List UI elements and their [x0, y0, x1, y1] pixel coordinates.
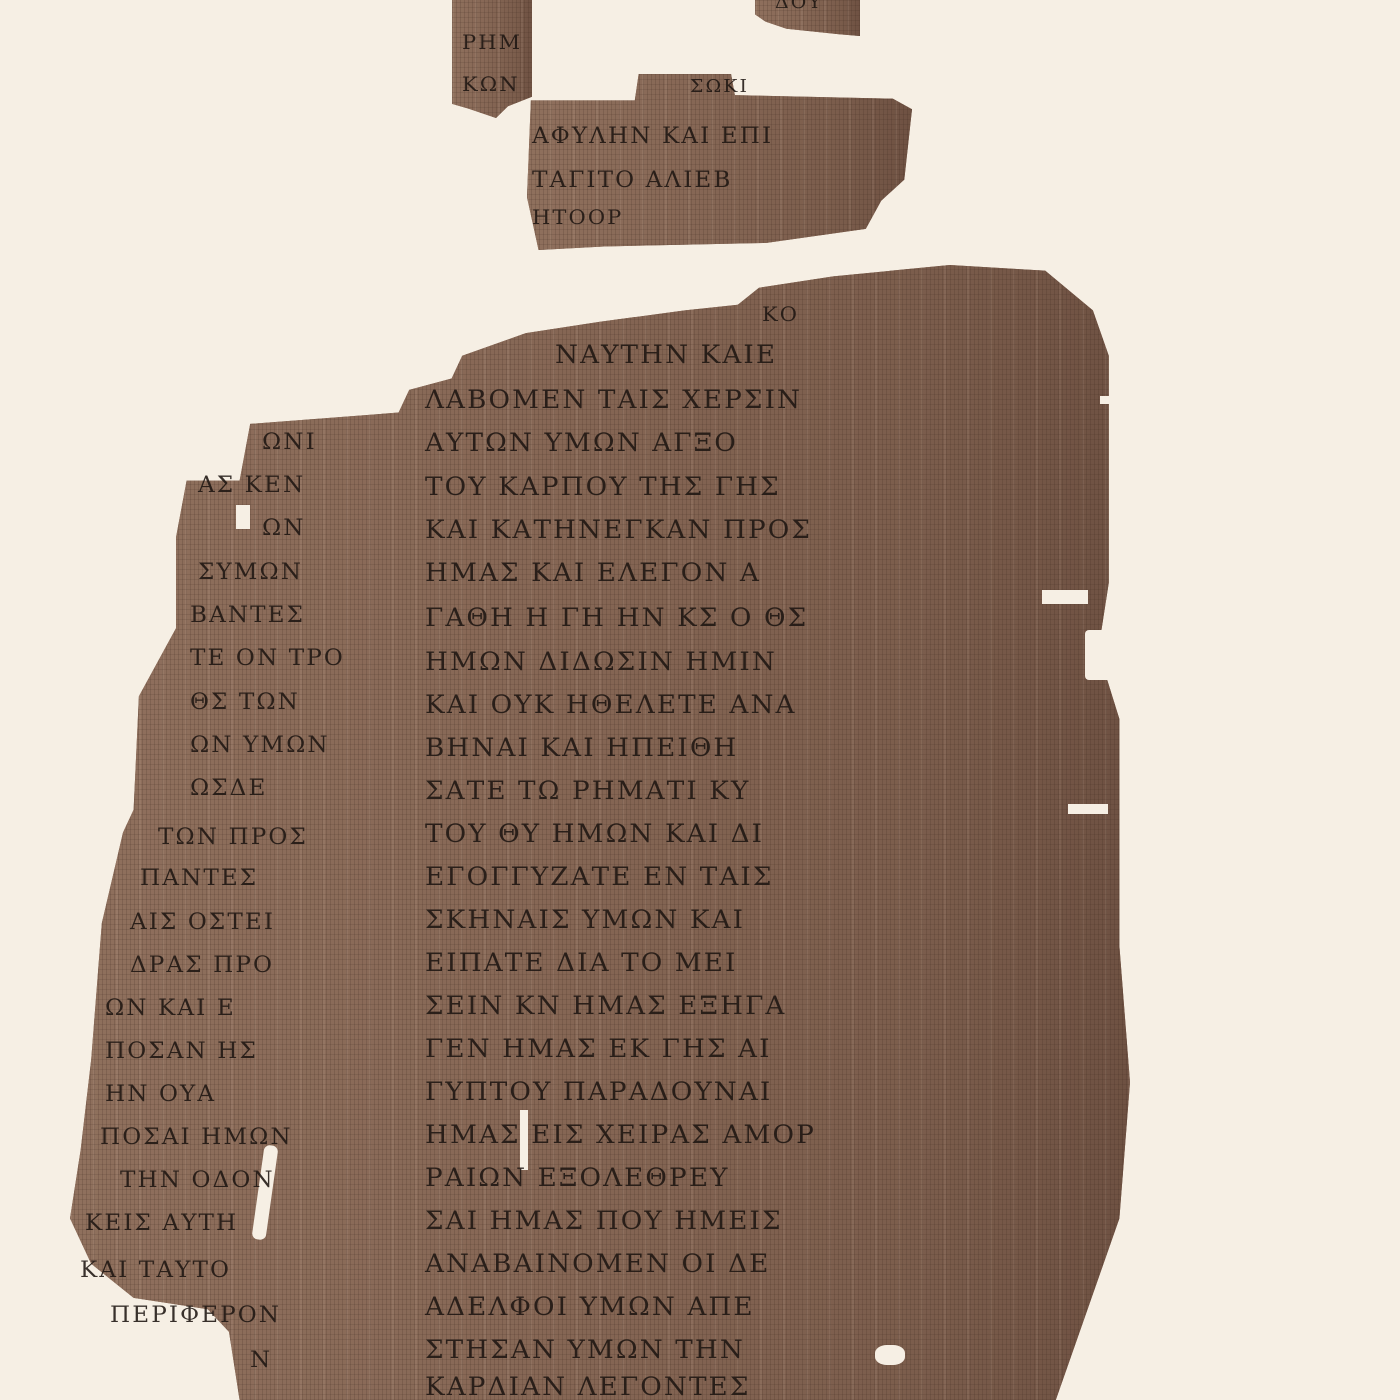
- text-line: ΚΟ: [762, 302, 799, 326]
- text-line: ΤΟΥ ΘΥ ΗΜΩΝ ΚΑΙ ΔΙ: [425, 819, 764, 848]
- text-line: ΚΑΙ ΟΥΚ ΗΘΕΛΕΤΕ ΑΝΑ: [425, 690, 797, 719]
- text-line: ΚΑΡΔΙΑΝ ΛΕΓΟΝΤΕΣ: [425, 1372, 750, 1400]
- text-line: ΒΑΝΤΕΣ: [190, 603, 305, 628]
- text-line: ΡΗΜ: [462, 30, 522, 54]
- text-line: ΣΥΜΩΝ: [198, 560, 303, 585]
- text-line: ΩΝ ΥΜΩΝ: [190, 733, 330, 758]
- text-line: ΛΑΒΟΜΕΝ ΤΑΙΣ ΧΕΡΣΙΝ: [425, 385, 802, 414]
- papyrus-hole: [1085, 630, 1115, 680]
- papyrus-fragment-top-left: [452, 0, 532, 118]
- text-line: ΗΤΟΟΡ: [532, 205, 623, 229]
- text-line: ΠΕΡΙΦΕΡΟΝ: [110, 1303, 281, 1328]
- text-line: ΗΜΑΣ ΕΙΣ ΧΕΙΡΑΣ ΑΜΟΡ: [425, 1120, 816, 1149]
- text-line: ΚΕΙΣ ΑΥΤΗ: [85, 1211, 238, 1236]
- text-line: ΑΙΣ ΟΣΤΕΙ: [130, 910, 275, 935]
- text-line: ΡΑΙΩΝ ΕΞΟΛΕΘΡΕΥ: [425, 1163, 730, 1192]
- text-line: ΤΟΥ ΚΑΡΠΟΥ ΤΗΣ ΓΗΣ: [425, 472, 781, 501]
- text-line: ΣΩΚΙ: [690, 76, 749, 97]
- text-line: ΤΩΝ ΠΡΟΣ: [158, 825, 308, 850]
- text-line: ΑΝΑΒΑΙΝΟΜΕΝ ΟΙ ΔΕ: [425, 1249, 770, 1278]
- text-line: ΑΣ ΚΕΝ: [198, 473, 305, 498]
- text-line: ΩΝ ΚΑΙ Ε: [105, 996, 236, 1021]
- text-line: ΕΓΟΓΓΥΖΑΤΕ ΕΝ ΤΑΙΣ: [425, 862, 774, 891]
- text-line: ΠΟΣΑΝ ΗΣ: [105, 1039, 258, 1064]
- text-line: ΣΑΤΕ ΤΩ ΡΗΜΑΤΙ ΚΥ: [425, 776, 750, 805]
- text-line: ΣΤΗΣΑΝ ΥΜΩΝ ΤΗΝ: [425, 1335, 745, 1364]
- text-line: ΗΝ ΟΥΑ: [105, 1082, 216, 1107]
- text-line: ΚΑΙ ΤΑΥΤΟ: [80, 1258, 231, 1283]
- text-line: ΔΡΑΣ ΠΡΟ: [130, 953, 274, 978]
- papyrus-hole: [236, 505, 250, 529]
- text-line: ΘΣ ΤΩΝ: [190, 690, 300, 715]
- text-line: ΓΥΠΤΟΥ ΠΑΡΑΔΟΥΝΑΙ: [425, 1077, 772, 1106]
- text-line: ΠΟΣΑΙ ΗΜΩΝ: [100, 1125, 293, 1150]
- text-line: ΔΟΥ: [775, 0, 823, 13]
- text-line: ΩΣΔΕ: [190, 776, 267, 801]
- text-line: ΗΜΑΣ ΚΑΙ ΕΛΕΓΟΝ Α: [425, 558, 761, 587]
- text-line: ΚΩΝ: [462, 72, 520, 96]
- text-line: ΣΚΗΝΑΙΣ ΥΜΩΝ ΚΑΙ: [425, 905, 745, 934]
- text-line: ΕΙΠΑΤΕ ΔΙΑ ΤΟ ΜΕΙ: [425, 948, 738, 977]
- text-line: ΓΑΘΗ Η ΓΗ ΗΝ ΚΣ Ο ΘΣ: [425, 603, 808, 632]
- text-line: ΩΝ: [262, 516, 306, 541]
- text-line: ΠΑΝΤΕΣ: [140, 866, 258, 891]
- text-line: ΒΗΝΑΙ ΚΑΙ ΗΠΕΙΘΗ: [425, 733, 738, 762]
- text-line: ΓΕΝ ΗΜΑΣ ΕΚ ΓΗΣ ΑΙ: [425, 1034, 772, 1063]
- papyrus-hole: [1100, 396, 1118, 404]
- text-line: ΤΑΓΙΤΟ ΑΛΙΕΒ: [532, 168, 732, 193]
- text-line: ΚΑΙ ΚΑΤΗΝΕΓΚΑΝ ΠΡΟΣ: [425, 515, 812, 544]
- text-line: ΑΥΤΩΝ ΥΜΩΝ ΑΓΞΟ: [425, 428, 738, 457]
- text-line: ΝΑΥΤΗΝ ΚΑΙΕ: [555, 340, 777, 369]
- manuscript-photo: ΡΗΜ ΚΩΝ ΔΟΥ ΣΩΚΙ ΑΦΥΛΗΝ ΚΑΙ ΕΠΙ ΤΑΓΙΤΟ Α…: [0, 0, 1400, 1400]
- papyrus-hole: [1068, 804, 1108, 814]
- text-line: Ν: [250, 1348, 272, 1373]
- text-line: ΑΦΥΛΗΝ ΚΑΙ ΕΠΙ: [532, 124, 773, 149]
- text-line: ΤΕ ΟΝ ΤΡΟ: [190, 646, 345, 671]
- text-line: ΣΕΙΝ ΚΝ ΗΜΑΣ ΕΞΗΓΑ: [425, 991, 786, 1020]
- text-line: ΗΜΩΝ ΔΙΔΩΣΙΝ ΗΜΙΝ: [425, 647, 777, 676]
- papyrus-hole: [875, 1345, 905, 1365]
- papyrus-hole: [1042, 590, 1088, 604]
- text-line: ΩΝΙ: [262, 430, 317, 455]
- text-line: ΑΔΕΛΦΟΙ ΥΜΩΝ ΑΠΕ: [425, 1292, 755, 1321]
- text-line: ΤΗΝ ΟΔΟΝ: [120, 1168, 275, 1193]
- text-line: ΣΑΙ ΗΜΑΣ ΠΟΥ ΗΜΕΙΣ: [425, 1206, 783, 1235]
